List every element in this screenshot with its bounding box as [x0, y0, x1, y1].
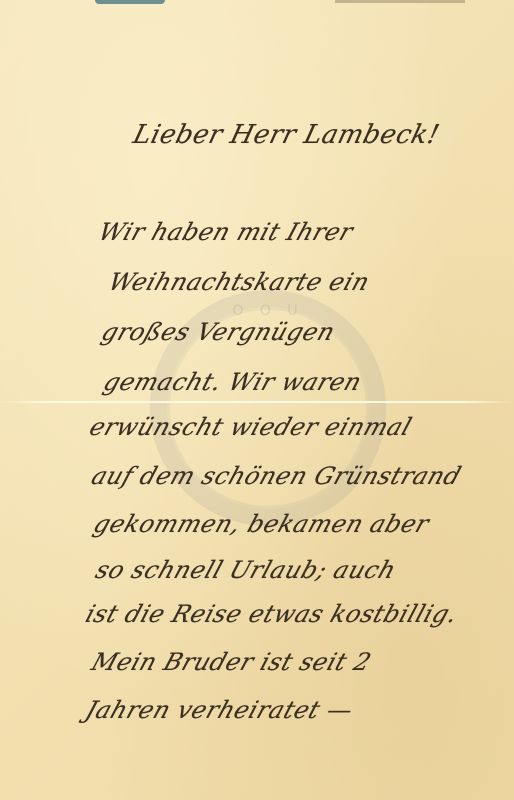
letter-line-7: gekommen, bekamen aber — [90, 510, 433, 538]
letter-line-5: erwünscht wieder einmal — [86, 413, 415, 441]
salutation: Lieber Herr Lambeck! — [130, 120, 443, 150]
top-edge-shadow — [335, 0, 465, 3]
letter-line-4: gemacht. Wir waren — [100, 368, 366, 396]
stamp-text: O O U — [153, 303, 383, 319]
letter-line-10: Mein Bruder ist seit 2 — [88, 648, 375, 676]
top-edge-mark — [95, 0, 165, 4]
letter-line-1: Wir haben mit Ihrer — [95, 218, 357, 246]
paper-fold-line — [0, 401, 514, 403]
letter-line-3: großes Vergnügen — [98, 318, 339, 346]
letter-line-2: Weihnachtskarte ein — [105, 268, 373, 296]
letter-line-6: auf dem schönen Grünstrand — [88, 462, 465, 490]
letter-line-8: so schnell Urlaub; auch — [92, 556, 400, 584]
letter-line-9: ist die Reise etwas kostbillig. — [82, 600, 461, 628]
letter-line-11: Jahren verheiratet — — [82, 696, 357, 724]
